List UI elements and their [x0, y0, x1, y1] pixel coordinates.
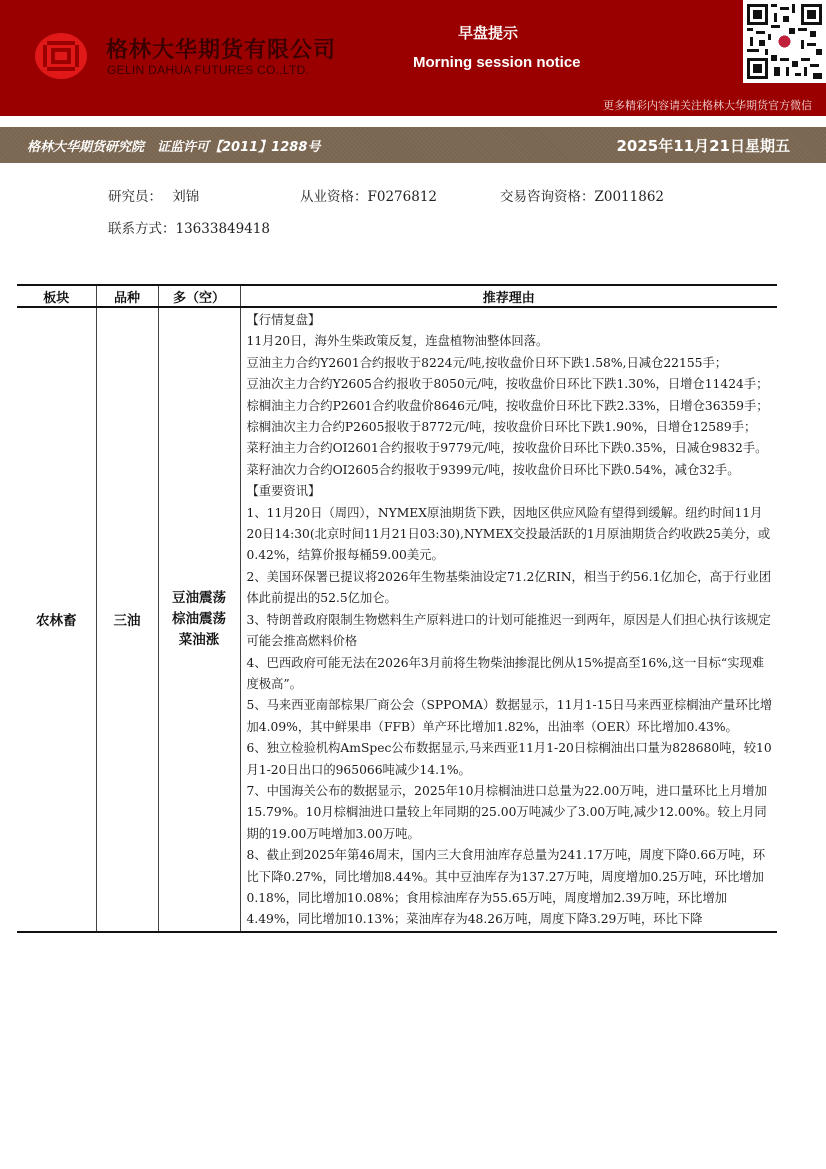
view-rapeseed-oil: 菜油涨	[159, 630, 240, 651]
reason-paragraph: 菜籽油主力合约OI2601合约报收于9779元/吨，按收盘价日环比下跌0.35%…	[247, 438, 774, 459]
wechat-qr-code-icon	[743, 0, 826, 83]
consult-info: 交易咨询资格：Z0011862	[500, 185, 664, 205]
news-item: 7、中国海关公布的数据显示，2025年10月棕榈油进口总量为22.00万吨，进口…	[247, 781, 774, 845]
contact-label: 联系方式：	[108, 217, 176, 237]
contact-value: 13633849418	[176, 221, 270, 237]
view-soybean-oil: 豆油震荡	[159, 588, 240, 609]
news-item: 6、独立检验机构AmSpec公布数据显示,马来西亚11月1-20日棕榈油出口量为…	[247, 738, 774, 781]
qualification-info: 从业资格：F0276812	[300, 185, 437, 205]
analyst-info-row: 研究员： 刘锦	[108, 185, 199, 205]
news-item: 3、特朗普政府限制生物燃料生产原料进口的计划可能推迟一到两年，原因是人们担心执行…	[247, 610, 774, 653]
news-item: 2、美国环保署已提议将2026年生物基柴油设定71.2亿RIN，相当于约56.1…	[247, 567, 774, 610]
header-banner: 格林大华期货有限公司 GELIN DAHUA FUTURES CO.,LTD. …	[0, 0, 826, 116]
direction-cell: 豆油震荡 棕油震荡 菜油涨	[158, 307, 240, 932]
table-header-row: 板块 品种 多（空） 推荐理由	[17, 285, 777, 307]
consult-value: Z0011862	[595, 189, 665, 205]
reason-paragraph: 11月20日，海外生柴政策反复，连盘植物油整体回落。	[247, 331, 774, 352]
company-name-cn: 格林大华期货有限公司	[106, 33, 336, 64]
company-logo-icon	[33, 31, 89, 81]
news-item: 4、巴西政府可能无法在2026年3月前将生物柴油掺混比例从15%提高至16%,这…	[247, 653, 774, 696]
researcher-label: 研究员：	[108, 185, 162, 205]
news-item: 8、截止到2025年第46周末，国内三大食用油库存总量为241.17万吨，周度下…	[247, 845, 774, 931]
reason-paragraph: 豆油主力合约Y2601合约报收于8224元/吨,按收盘价日环下跌1.58%,日减…	[247, 353, 774, 374]
reason-paragraph: 豆油次主力合约Y2605合约报收于8050元/吨，按收盘价日环比下跌1.30%，…	[247, 374, 774, 395]
header-direction: 多（空）	[158, 285, 240, 307]
consult-label: 交易咨询资格：	[500, 185, 595, 205]
qualification-value: F0276812	[368, 189, 438, 205]
variety-cell: 三油	[96, 307, 158, 932]
sector-cell: 农林畜	[17, 307, 96, 932]
reason-cell: 【行情复盘】 11月20日，海外生柴政策反复，连盘植物油整体回落。 豆油主力合约…	[240, 307, 777, 932]
reason-paragraph: 棕榈油主力合约P2601合约收盘价8646元/吨，按收盘价日环比下跌2.33%，…	[247, 396, 774, 417]
wechat-follow-tip: 更多精彩内容请关注格林大华期货官方微信	[603, 97, 812, 113]
news-item: 5、马来西亚南部棕果厂商公会（SPPOMA）数据显示，11月1-15日马来西亚棕…	[247, 695, 774, 738]
header-sector: 板块	[17, 285, 96, 307]
recommendation-table: 板块 品种 多（空） 推荐理由 农林畜 三油 豆油震荡 棕油震荡 菜油涨 【行情…	[17, 284, 777, 933]
header-reason: 推荐理由	[240, 285, 777, 307]
section-heading-market-review: 【行情复盘】	[247, 310, 774, 331]
section-heading-news: 【重要资讯】	[247, 481, 774, 502]
company-name-en: GELIN DAHUA FUTURES CO.,LTD.	[107, 63, 309, 77]
institute-license: 格林大华期货研究院 证监许可【2011】1288号	[27, 136, 320, 155]
institute-bar: 格林大华期货研究院 证监许可【2011】1288号 2025年11月21日星期五	[0, 127, 826, 163]
reason-paragraph: 棕榈油次主力合约P2605报收于8772元/吨，按收盘价日环比下跌1.90%，日…	[247, 417, 774, 438]
news-item: 1、11月20日（周四），NYMEX原油期货下跌，因地区供应风险有望得到缓解。纽…	[247, 503, 774, 567]
notice-title-cn: 早盘提示	[458, 22, 518, 43]
notice-title-en: Morning session notice	[413, 54, 581, 71]
view-palm-oil: 棕油震荡	[159, 609, 240, 630]
reason-paragraph: 菜籽油次力合约OI2605合约报收于9399元/吨，按收盘价日环比下跌0.54%…	[247, 460, 774, 481]
contact-info: 联系方式：13633849418	[108, 217, 270, 237]
qualification-label: 从业资格：	[300, 185, 368, 205]
header-variety: 品种	[96, 285, 158, 307]
researcher-name: 刘锦	[172, 185, 199, 205]
table-row: 农林畜 三油 豆油震荡 棕油震荡 菜油涨 【行情复盘】 11月20日，海外生柴政…	[17, 307, 777, 932]
report-date: 2025年11月21日星期五	[617, 135, 791, 156]
